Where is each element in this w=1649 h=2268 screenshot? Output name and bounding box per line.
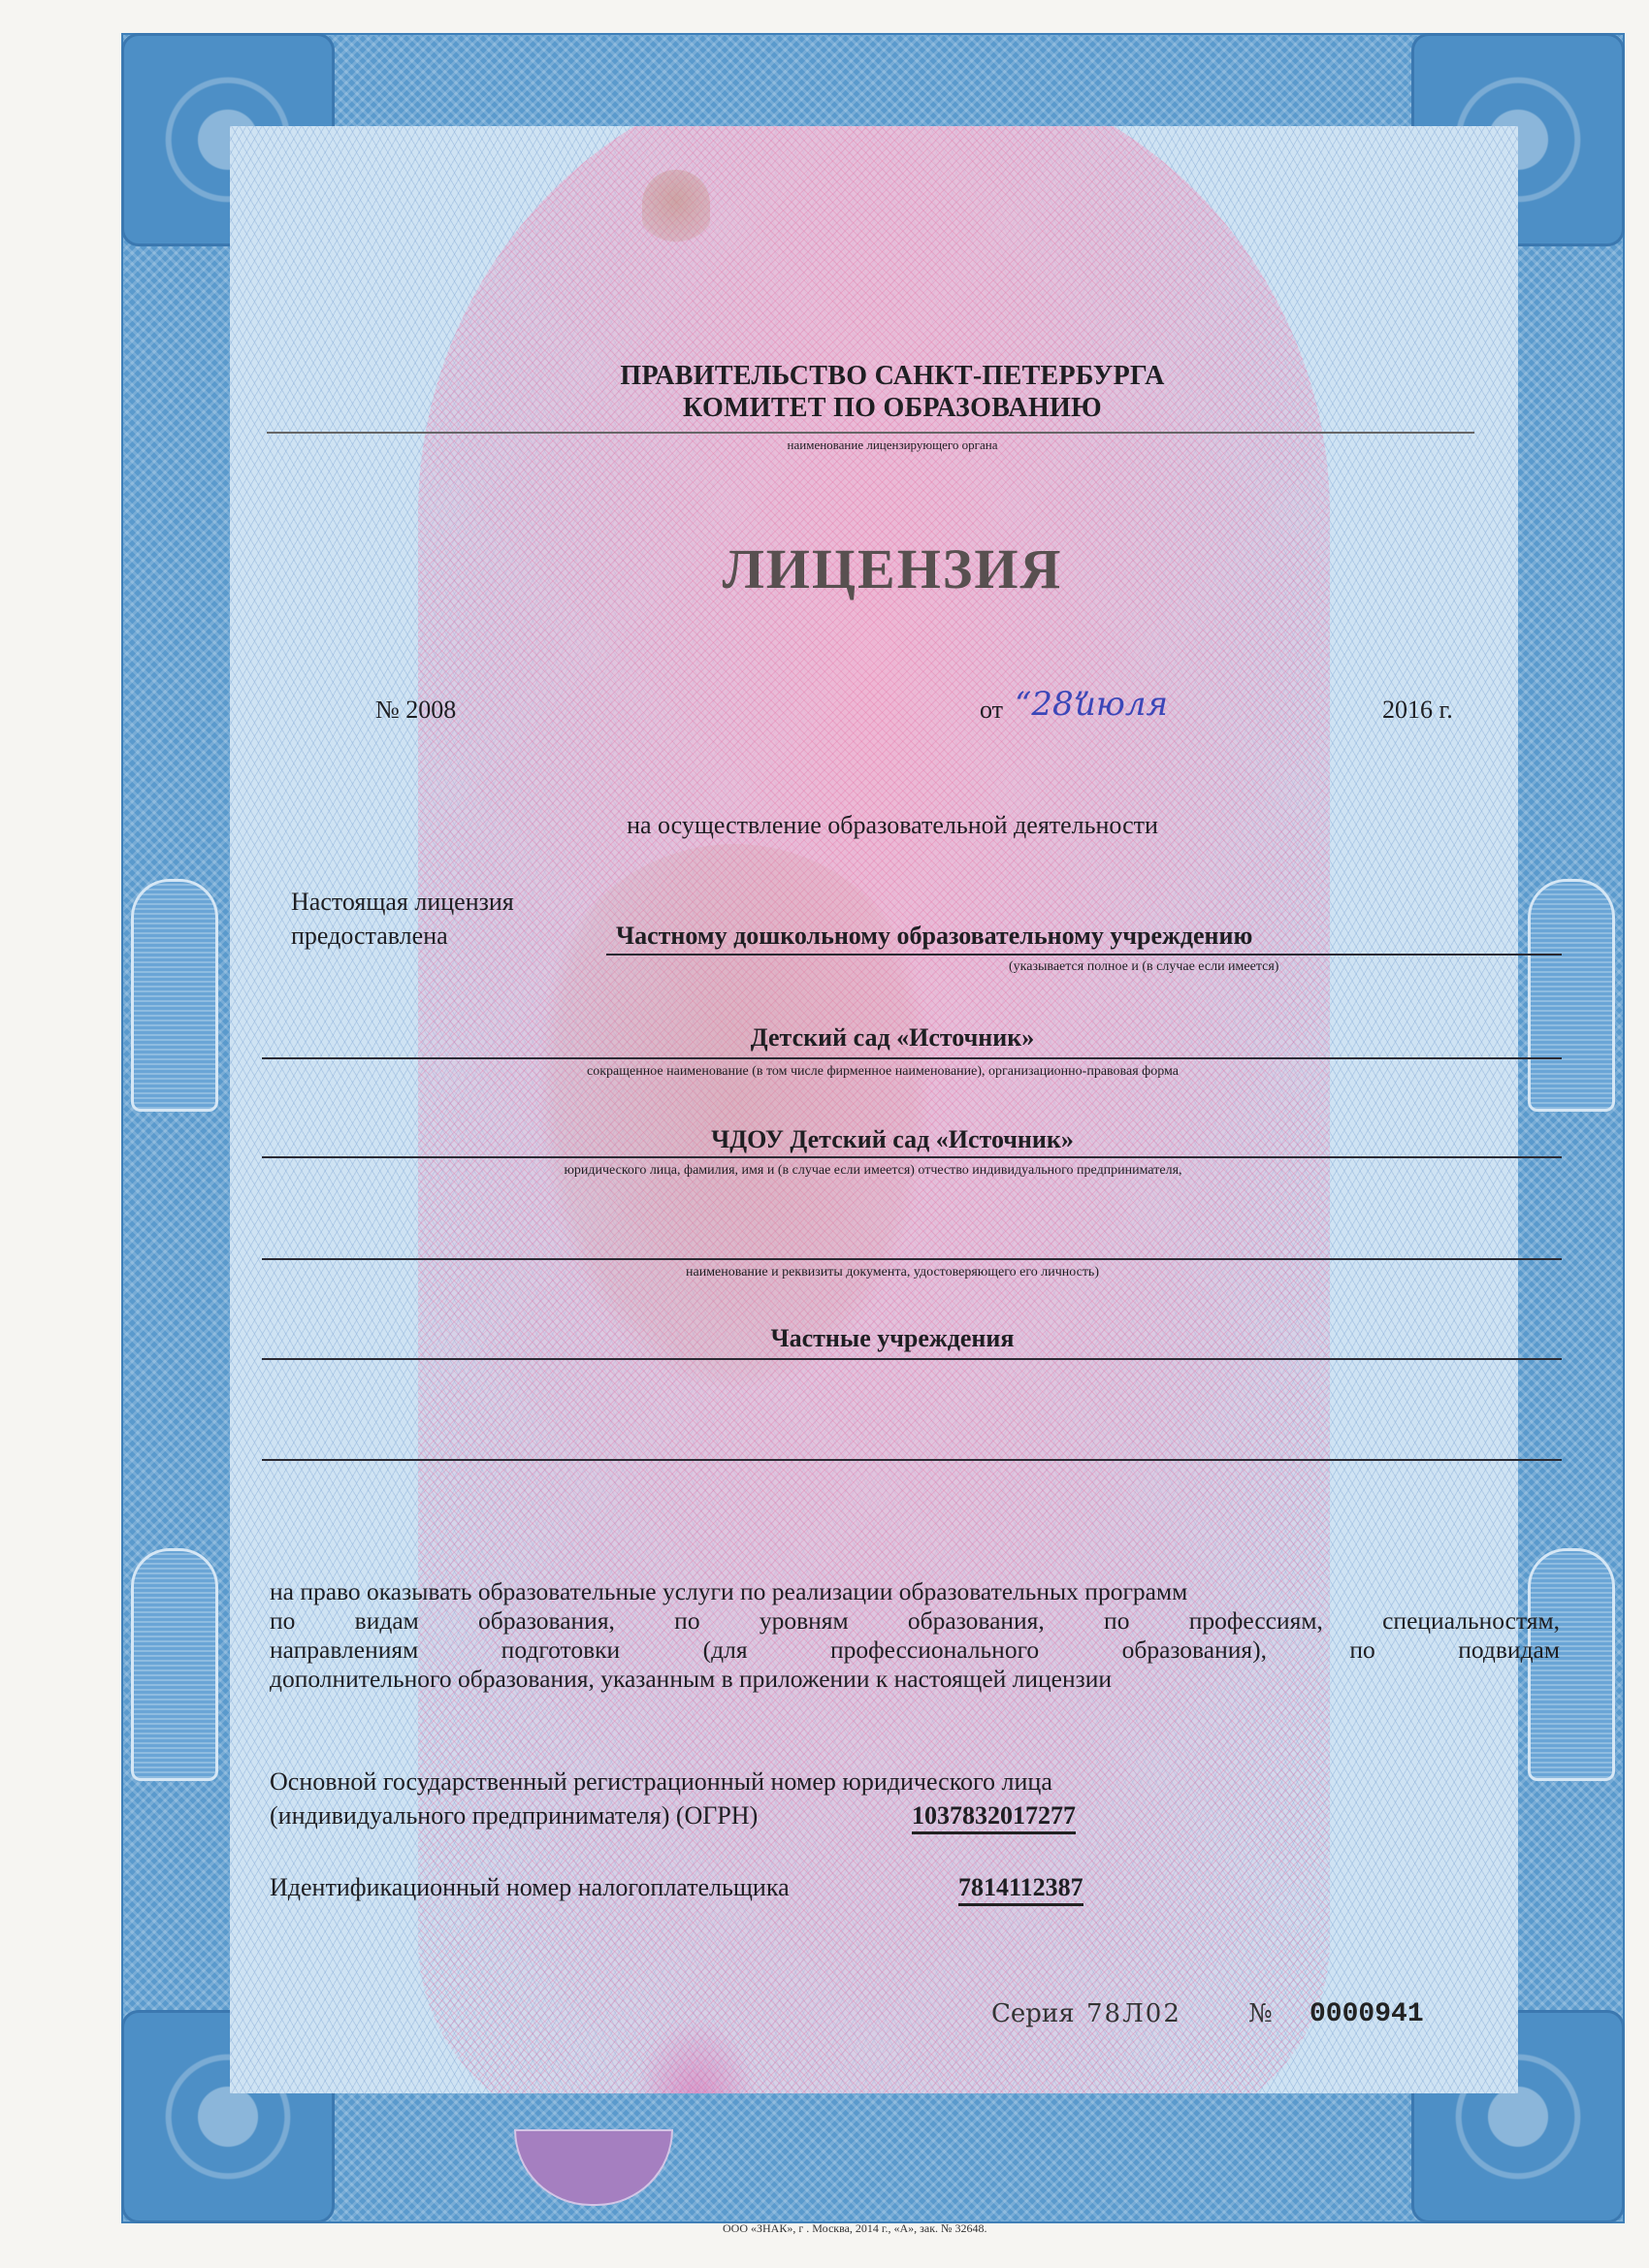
issuer-underline (267, 432, 1474, 434)
document-title: ЛИЦЕНЗИЯ (339, 536, 1445, 601)
ogrn-label-line-2: (индивидуального предпринимателя) (ОГРН) (270, 1801, 758, 1831)
short-name-underline (262, 1057, 1562, 1059)
rights-line-4: дополнительного образования, указанным в… (270, 1665, 1560, 1694)
celtic-knot-ornament-icon (1528, 879, 1615, 1112)
ogrn-value: 1037832017277 (912, 1801, 1076, 1834)
inn-value: 7814112387 (958, 1873, 1083, 1906)
inn-label: Идентификационный номер налогоплательщик… (270, 1873, 790, 1902)
rights-line-3: направлениям подготовки (для профессиона… (270, 1636, 1560, 1665)
legal-form-underline (262, 1358, 1562, 1360)
blank-line-1 (262, 1258, 1562, 1260)
issuer-caption: наименование лицензирующего органа (339, 437, 1445, 453)
printer-note: ООО «ЗНАК», г . Москва, 2014 г., «А», за… (723, 2221, 987, 2236)
issuer-line-1: ПРАВИТЕЛЬСТВО САНКТ-ПЕТЕРБУРГА (339, 361, 1445, 392)
full-name-caption: (указывается полное и (в случае если име… (1009, 959, 1278, 975)
identity-document-caption: наименование и реквизиты документа, удос… (339, 1265, 1445, 1280)
issuer-line-2: КОМИТЕТ ПО ОБРАЗОВАНИЮ (339, 393, 1445, 424)
granted-label-line-2: предоставлена (291, 922, 448, 951)
date-prefix: от (980, 696, 1003, 725)
granted-label-line-1: Настоящая лицензия (291, 888, 514, 917)
abbreviation-underline (262, 1156, 1562, 1158)
licensee-full-name: Частному дошкольному образовательному уч… (616, 922, 1252, 951)
series-value: 78Л02 (1086, 1999, 1181, 2028)
licensee-abbreviation: ЧДОУ Детский сад «Источник» (339, 1125, 1445, 1154)
rights-line-1: на право оказывать образовательные услуг… (270, 1577, 1560, 1606)
serial-number-label: № (1248, 1999, 1273, 2028)
rights-paragraph: на право оказывать образовательные услуг… (270, 1577, 1560, 1694)
license-purpose: на осуществление образовательной деятель… (339, 811, 1445, 840)
date-month-handwritten: июля (1075, 685, 1168, 724)
full-name-underline (606, 954, 1562, 956)
celtic-knot-ornament-icon (131, 879, 218, 1112)
rights-line-2: по видам образования, по уровням образов… (270, 1606, 1560, 1636)
serial-number-value: 0000941 (1309, 1999, 1424, 2029)
date-year: 2016 г. (1382, 696, 1453, 725)
ogrn-label-line-1: Основной государственный регистрационный… (270, 1767, 1052, 1797)
coat-of-arms-small-icon (642, 170, 710, 247)
celtic-knot-ornament-icon (131, 1548, 218, 1781)
short-name-caption: сокращенное наименование (в том числе фи… (330, 1064, 1436, 1080)
blank-line-2 (262, 1459, 1562, 1461)
flower-ornament-icon (632, 2018, 759, 2093)
series-label: Серия (991, 1999, 1075, 2028)
license-number: № 2008 (375, 696, 456, 725)
legal-form: Частные учреждения (339, 1324, 1445, 1353)
abbreviation-caption: юридического лица, фамилия, имя и (в слу… (320, 1163, 1426, 1179)
licensee-short-name: Детский сад «Источник» (339, 1023, 1445, 1053)
